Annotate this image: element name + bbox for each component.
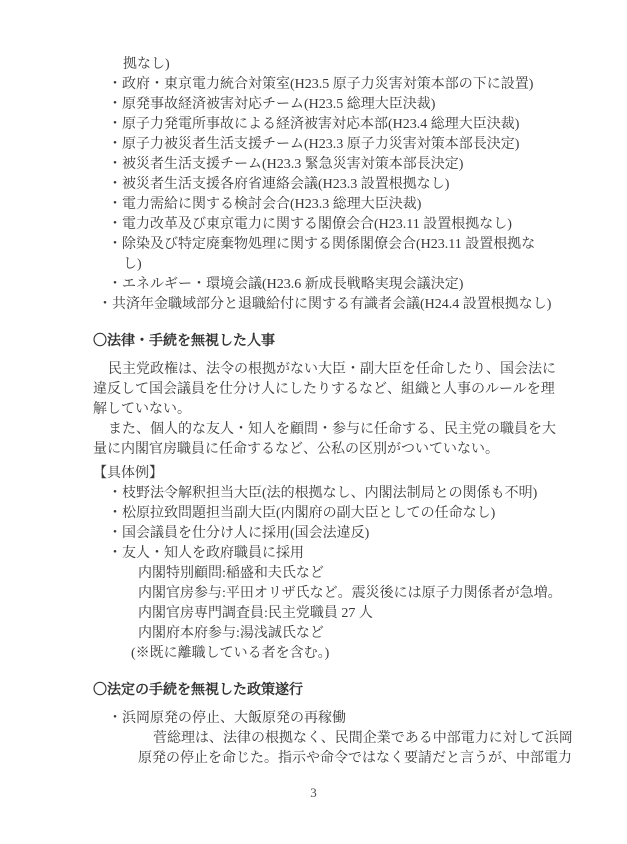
document-line: 【具体例】 bbox=[93, 464, 573, 484]
document-line: 民主党政権は、法令の根拠がない大臣・副大臣を任命したり、国会法に bbox=[93, 360, 573, 380]
document-line: 量に内閣官房職員に任命するなど、公私の区別がついていない。 bbox=[93, 440, 573, 460]
document-line: ・電力需給に関する検討会合(H23.3 総理大臣決裁) bbox=[93, 195, 573, 215]
document-line: ・原子力被災者生活支援チーム(H23.3 原子力災害対策本部長決定) bbox=[93, 135, 573, 155]
document-line: ・政府・東京電力統合対策室(H23.5 原子力災害対策本部の下に設置) bbox=[93, 75, 573, 95]
document-line: ・友人・知人を政府職員に採用 bbox=[93, 544, 573, 564]
document-line: ・枝野法令解釈担当大臣(法的根拠なし、内閣法制局との関係も不明) bbox=[93, 484, 573, 504]
document-line: 原発の停止を命じた。指示や命令ではなく要請だと言うが、中部電力 bbox=[93, 749, 573, 769]
document-line: また、個人的な友人・知人を顧問・参与に任命する、民主党の職員を大 bbox=[93, 420, 573, 440]
document-line: 内閣官房専門調査員:民主党職員 27 人 bbox=[93, 604, 573, 624]
document-line: し) bbox=[93, 255, 573, 275]
document-line: 解していない。 bbox=[93, 400, 573, 420]
document-line: ・原子力発電所事故による経済被害対応本部(H23.4 総理大臣決裁) bbox=[93, 115, 573, 135]
document-body: 拠なし)・政府・東京電力統合対策室(H23.5 原子力災害対策本部の下に設置)・… bbox=[93, 55, 573, 769]
document-line: ・松原拉致問題担当副大臣(内閣府の副大臣としての任命なし) bbox=[93, 504, 573, 524]
document-line: ・エネルギー・環境会議(H23.6 新成長戦略実現会議決定) bbox=[93, 275, 573, 295]
document-line: 拠なし) bbox=[93, 55, 573, 75]
document-line: ・被災者生活支援チーム(H23.3 緊急災害対策本部長決定) bbox=[93, 155, 573, 175]
document-line: 内閣府本府参与:湯浅誠氏など bbox=[93, 624, 573, 644]
page-number: 3 bbox=[0, 785, 627, 801]
document-page: 拠なし)・政府・東京電力統合対策室(H23.5 原子力災害対策本部の下に設置)・… bbox=[0, 0, 627, 844]
document-line: ・除染及び特定廃棄物処理に関する関係閣僚会合(H23.11 設置根拠な bbox=[93, 235, 573, 255]
document-line: 内閣特別顧問:稲盛和夫氏など bbox=[93, 564, 573, 584]
document-line: ・国会議員を仕分け人に採用(国会法違反) bbox=[93, 524, 573, 544]
document-line: 菅総理は、法律の根拠なく、民間企業である中部電力に対して浜岡 bbox=[93, 729, 573, 749]
document-line: ・浜岡原発の停止、大飯原発の再稼働 bbox=[93, 709, 573, 729]
section-heading: 〇法律・手続を無視した人事 bbox=[93, 330, 573, 350]
document-line: 内閣官房参与:平田オリザ氏など。震災後には原子力関係者が急増。 bbox=[93, 584, 573, 604]
document-line: 違反して国会議員を仕分け人にしたりするなど、組織と人事のルールを理 bbox=[93, 380, 573, 400]
section-heading: 〇法定の手続を無視した政策遂行 bbox=[93, 679, 573, 699]
document-line: ・電力改革及び東京電力に関する閣僚会合(H23.11 設置根拠なし) bbox=[93, 215, 573, 235]
document-line: (※既に離職している者を含む。) bbox=[93, 644, 573, 664]
document-line: ・共済年金職域部分と退職給付に関する有識者会議(H24.4 設置根拠なし) bbox=[93, 295, 573, 315]
document-line: ・原発事故経済被害対応チーム(H23.5 総理大臣決裁) bbox=[93, 95, 573, 115]
document-line: ・被災者生活支援各府省連絡会議(H23.3 設置根拠なし) bbox=[93, 175, 573, 195]
